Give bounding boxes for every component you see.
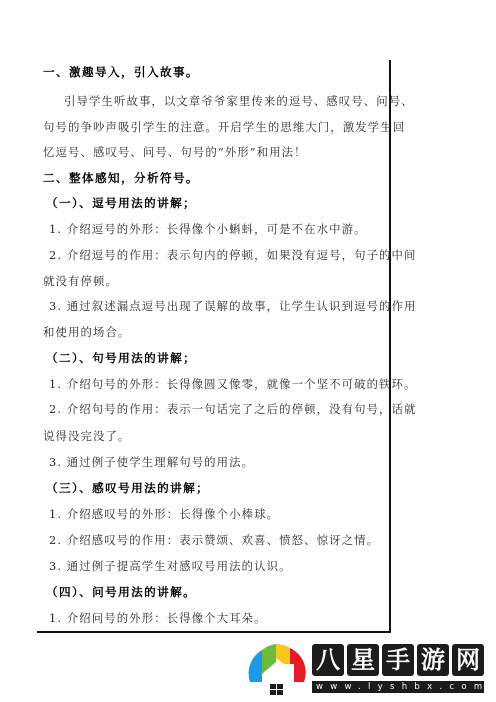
paragraph-line: 引导学生听故事，以文章爷爷家里传来的逗号、感叹号、问号、: [64, 93, 414, 109]
list-item: 2. 介绍感叹号的作用：表示赞颂、欢喜、愤怒、惊讶之情。: [49, 532, 379, 548]
list-item-continuation: 就没有停顿。: [43, 273, 118, 289]
subsection-heading-exclamation: （三）、感叹号用法的讲解；: [46, 480, 209, 496]
list-item: 1. 介绍句号的外形：长得像圆又像零，就像一个坚不可破的铁环。: [49, 376, 417, 392]
subsection-heading-question: （四）、问号用法的讲解。: [46, 584, 196, 600]
subsection-heading-comma: （一）、逗号用法的讲解；: [46, 195, 196, 211]
list-item-continuation: 说得没完没了。: [43, 428, 130, 444]
list-item: 3. 通过例子提高学生对感叹号用法的认识。: [49, 558, 292, 574]
list-item: 3. 通过例子使学生理解句号的用法。: [49, 454, 254, 470]
brand-char: 网: [452, 644, 484, 676]
table-border-bottom: [37, 631, 391, 633]
list-item: 1. 介绍逗号的外形：长得像个小蝌蚪，可是不在水中游。: [49, 221, 367, 237]
house-rainbow-logo-icon: [248, 640, 306, 698]
list-item: 2. 介绍句号的作用：表示一句话完了之后的停顿，没有句号，话就: [49, 401, 417, 417]
table-border-right: [389, 60, 391, 633]
document-page: 一、激趣导入，引入故事。 引导学生听故事，以文章爷爷家里传来的逗号、感叹号、问号…: [0, 0, 496, 702]
list-item: 3. 通过叙述漏点逗号出现了误解的故事，让学生认识到逗号的作用: [49, 298, 417, 314]
brand-char: 游: [417, 644, 449, 676]
subsection-heading-period: （二）、句号用法的讲解；: [46, 350, 196, 366]
list-item-continuation: 和使用的场合。: [43, 324, 130, 340]
watermark-logo: 八 星 手 游 网 www.lyshbx.com: [248, 640, 488, 698]
list-item: 1. 介绍感叹号的外形：长得像个小棒球。: [49, 506, 279, 522]
watermark-url: www.lyshbx.com: [312, 681, 484, 693]
watermark-brand-name: 八 星 手 游 网: [312, 644, 484, 676]
section-heading-1: 一、激趣导入，引入故事。: [43, 64, 199, 80]
section-heading-2: 二、整体感知，分析符号。: [43, 170, 199, 186]
paragraph-line: 忆逗号、感叹号、问号、句号的“外形”和用法！: [43, 144, 307, 160]
brand-char: 八: [312, 644, 344, 676]
list-item: 1. 介绍问号的外形：长得像个大耳朵。: [49, 610, 267, 626]
list-item: 2. 介绍逗号的作用：表示句内的停顿，如果没有逗号，句子的中间: [49, 247, 417, 263]
brand-char: 星: [347, 644, 379, 676]
paragraph-line: 句号的争吵声吸引学生的注意。开启学生的思维大门，激发学生回: [43, 119, 405, 135]
brand-char: 手: [382, 644, 414, 676]
